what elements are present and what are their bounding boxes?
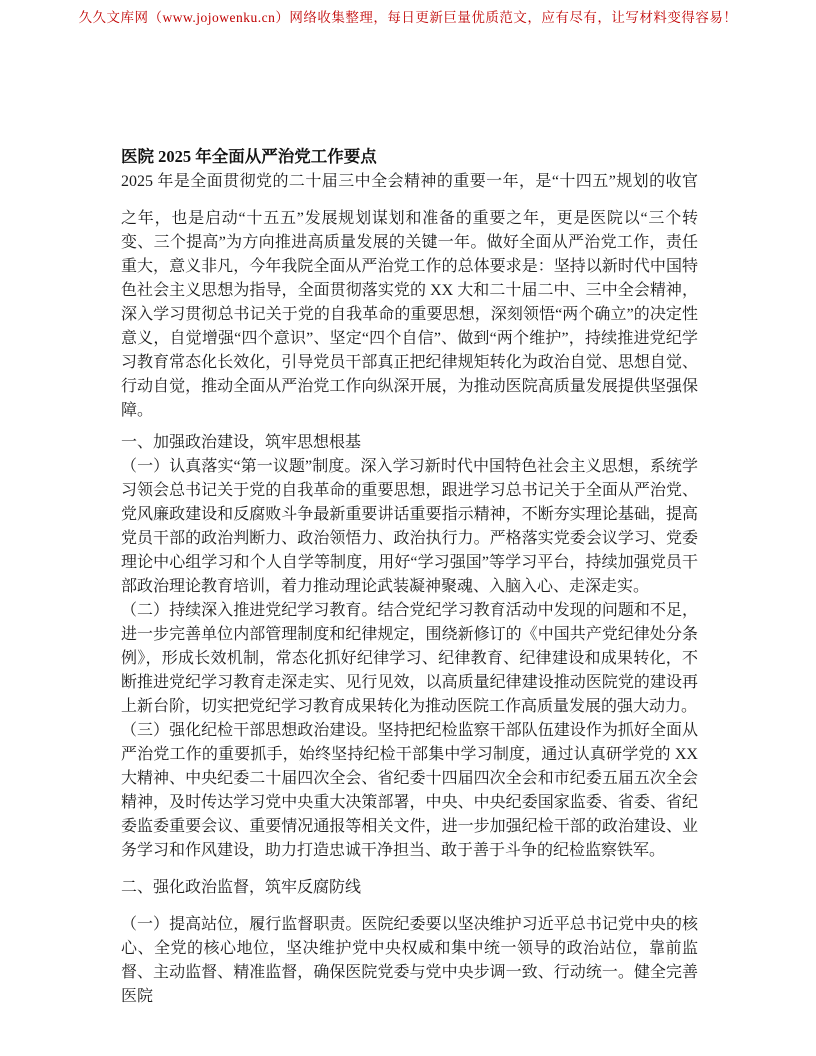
doc-paragraph: 2025 年是全面贯彻党的二十届三中全会精神的重要一年，是“十四五”规划的收官 — [121, 170, 698, 194]
doc-paragraph: （三）强化纪检干部思想政治建设。坚持把纪检监察干部队伍建设作为抓好全面从严治党工… — [121, 719, 698, 863]
document-title: 医院 2025 年全面从严治党工作要点 — [121, 144, 698, 170]
doc-paragraph: （一）认真落实“第一议题”制度。深入学习新时代中国特色社会主义思想，系统学习领会… — [121, 455, 698, 599]
section-heading: 一、加强政治建设，筑牢思想根基 — [121, 431, 698, 455]
document-page: 久久文库网（www.jojowenku.cn）网络收集整理，每日更新巨量优质范文… — [0, 0, 816, 1056]
section-heading: 二、强化政治监督，筑牢反腐防线 — [121, 876, 698, 900]
doc-paragraph: （二）持续深入推进党纪学习教育。结合党纪学习教育活动中发现的问题和不足，进一步完… — [121, 599, 698, 719]
document-body: 医院 2025 年全面从严治党工作要点 2025 年是全面贯彻党的二十届三中全会… — [121, 144, 698, 1009]
doc-paragraph: （一）提高站位，履行监督职责。医院纪委要以坚决维护习近平总书记党中央的核心、全党… — [121, 913, 698, 1009]
doc-paragraph: 之年，也是启动“十五五”发展规划谋划和准备的重要之年，更是医院以“三个转变、三个… — [121, 207, 698, 423]
watermark-header: 久久文库网（www.jojowenku.cn）网络收集整理，每日更新巨量优质范文… — [0, 9, 816, 27]
